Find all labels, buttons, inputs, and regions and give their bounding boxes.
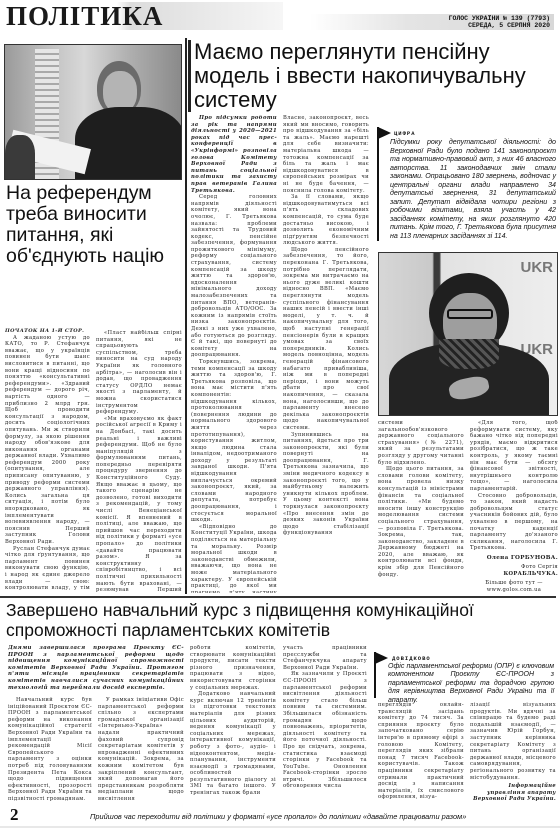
paragraph: Власне, законопроєкт, весь який ми вноси… (283, 115, 369, 194)
left-col-1: ПОЧАТОК НА 1-Й СТОР. А жаданою устую до … (5, 328, 90, 592)
paragraph: «Ми враховуємо як факт російської агресі… (96, 416, 182, 592)
paragraph: А жаданою устую до КАТО, то Р. Стефанчук… (5, 335, 90, 546)
photo-stefanchuk (4, 44, 182, 180)
paragraph: У рамках ініціативи Офіс парламентської … (98, 697, 184, 803)
paragraph: системи загальнообов'язкового державного… (378, 420, 464, 466)
left-col-2: «Пласт найбільш спірні питання, які не с… (96, 330, 182, 592)
flag-icon (375, 652, 388, 664)
bottom-col-5: переглядів онлайн-трансляцій засідань ко… (378, 702, 464, 805)
main-col-b: Власне, законопроєкт, весь який ми вноси… (283, 115, 369, 593)
paragraph: Щодо пенсійного забезпечення, то його, п… (283, 247, 369, 432)
bottom-col-4: участь працівники пресслужби та Стефанчу… (283, 645, 367, 805)
footer-slogan: Прийшов час переходити від політики у фо… (90, 812, 466, 821)
sidebar-rule (377, 127, 379, 241)
paragraph: Руслан Стефанчук думає чітко для ґрунтув… (5, 546, 90, 592)
bottom-col-1: Навчальний курс був ініційований Проєкто… (8, 697, 92, 805)
date-line: СЕРЕДА, 5 СЕРПНЯ 2020 (310, 22, 550, 29)
main-col-c: системи загальнообов'язкового державного… (378, 420, 464, 594)
bottom-col-6: лізації візуальних продуктів. Ми вдячні … (470, 702, 556, 805)
paragraph: лізації візуальних продуктів. Ми вдячні … (470, 702, 556, 781)
paragraph: Стосовно добровольців, то закон, який на… (470, 493, 558, 552)
paragraph: «Для того, щоб реформувати систему, яку … (470, 420, 558, 493)
sidebar-label-figure: ЦИФРА (394, 130, 416, 137)
page-number: 2 (10, 805, 19, 825)
headline-course: Завершено навчальний курс з підвищення к… (6, 600, 546, 640)
sidebar-text-reference: Офіс парламентської реформи (ОПР) є ключ… (388, 663, 554, 705)
more-photos-link[interactable]: www.golos.com.ua (470, 587, 558, 594)
paragraph: Навчальний курс був ініційований Проєкто… (8, 697, 92, 803)
article-lead: Про підсумки роботи за рік та напрями ді… (191, 115, 277, 194)
paragraph: участь працівники пресслужби та Стефанчу… (283, 645, 367, 671)
bottom-lead: Днями завершилася програма Проєкту ЄС-ПР… (8, 645, 184, 691)
source-byline: Інформаційне управління апарату Верховно… (470, 783, 556, 803)
background-logo-text: UKR (521, 259, 554, 276)
photo-credit-name: КОРАБЛЬЧУКА. (470, 571, 558, 578)
section-divider (0, 596, 556, 598)
bottom-col-2: У рамках ініціативи Офіс парламентської … (98, 697, 184, 805)
paragraph: роботи комітетів, створювати комунікацій… (190, 645, 276, 691)
issue-line: ГОЛОС УКРАЇНИ № 139 (7793) (310, 15, 550, 22)
paragraph: Додатково навчальний курс включав 12 тре… (190, 691, 276, 797)
main-col-a: Про підсумки роботи за рік та напрями ді… (191, 115, 277, 593)
paragraph: Щодо цього питання, за словами голови ко… (378, 466, 464, 578)
author-byline: Олена ГОРБУНОВА. (470, 555, 558, 562)
sidebar-label-reference: ДОВІДКОВО (392, 655, 431, 662)
section-title: ПОЛІТИКА (6, 2, 283, 30)
paragraph: «Пласт найбільш спірні питання, які не с… (96, 330, 182, 416)
bottom-col-3: роботи комітетів, створювати комунікацій… (190, 645, 276, 805)
paragraph: Зупинившись на питаннях, йдеться про три… (283, 432, 369, 538)
issue-info: ГОЛОС УКРАЇНИ № 139 (7793) СЕРЕДА, 5 СЕР… (310, 14, 554, 30)
paragraph: Як зазначили у Проєкті ЄС-ПРООН з парлам… (283, 671, 367, 790)
main-col-d: «Для того, щоб реформувати систему, яку … (470, 420, 558, 594)
headline-accent-bar (188, 40, 191, 112)
paragraph: переглядів онлайн-трансляцій засідань ко… (378, 702, 464, 801)
photo-tretyakova: UKR UKR (378, 252, 558, 416)
headline-referendum: На референдум треба виносити питання, як… (6, 183, 182, 267)
sidebar-text-figure: Підсумки року депутатської діяльності: д… (390, 138, 556, 240)
paragraph: Торкнувшись, зокрема, теми компенсації з… (191, 359, 277, 524)
continuation-note: ПОЧАТОК НА 1-Й СТОР. (5, 328, 90, 335)
paragraph: «Відповідно до Конституції України, шкод… (191, 524, 277, 593)
paragraph: За її словами, якщо відшкодовуватимуться… (283, 194, 369, 247)
headline-pension: Маємо переглянути пенсійну модель і ввес… (194, 40, 558, 112)
paragraph: Серед головних напрямів діяльності коміт… (191, 194, 277, 359)
column-divider (185, 38, 187, 594)
